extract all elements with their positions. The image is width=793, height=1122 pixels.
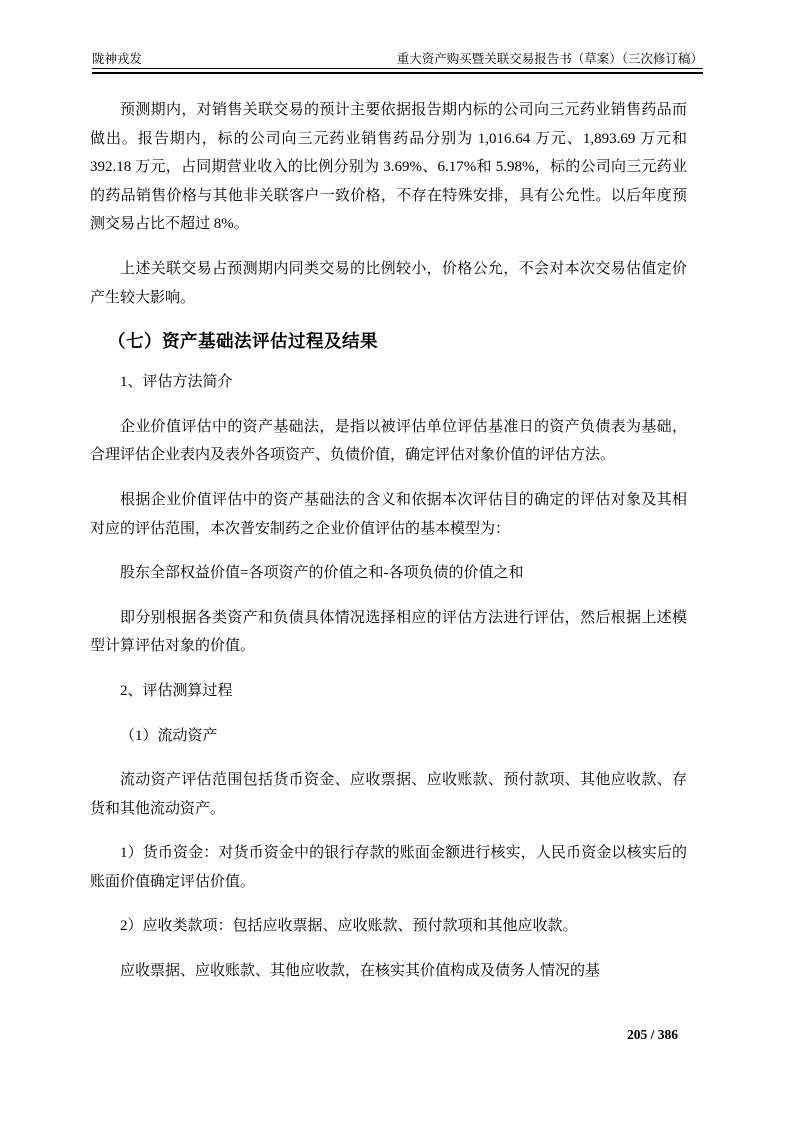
list-item-title: 2、评估测算过程 bbox=[90, 677, 687, 706]
document-page: 陇神戎发 重大资产购买暨关联交易报告书（草案）（三次修订稿） 预测期内，对销售关… bbox=[0, 0, 793, 1122]
paragraph: 企业价值评估中的资产基础法，是指以被评估单位评估基准日的资产负债表为基础，合理评… bbox=[90, 413, 687, 470]
header-divider bbox=[92, 68, 703, 74]
page-header: 陇神戎发 重大资产购买暨关联交易报告书（草案）（三次修订稿） bbox=[92, 51, 703, 67]
paragraph: 上述关联交易占预测期内同类交易的比例较小，价格公允，不会对本次交易估值定价产生较… bbox=[90, 255, 687, 312]
list-item-title: （1）流动资产 bbox=[90, 722, 687, 751]
paragraph: 2）应收类款项：包括应收票据、应收账款、预付款项和其他应收款。 bbox=[90, 912, 687, 941]
list-item-title: 1、评估方法简介 bbox=[90, 368, 687, 397]
paragraph: 根据企业价值评估中的资产基础法的含义和依据本次评估目的确定的评估对象及其相对应的… bbox=[90, 486, 687, 543]
page-number: 205 / 386 bbox=[627, 1026, 678, 1044]
header-document-title: 重大资产购买暨关联交易报告书（草案）（三次修订稿） bbox=[397, 51, 703, 67]
paragraph: 流动资产评估范围包括货币资金、应收票据、应收账款、预付款项、其他应收款、存货和其… bbox=[90, 766, 687, 823]
document-body: 预测期内，对销售关联交易的预计主要依据报告期内标的公司向三元药业销售药品而做出。… bbox=[90, 96, 687, 1002]
header-company-name: 陇神戎发 bbox=[92, 51, 142, 67]
paragraph: 即分别根据各类资产和负债具体情况选择相应的评估方法进行评估，然后根据上述模型计算… bbox=[90, 604, 687, 661]
paragraph: 应收票据、应收账款、其他应收款，在核实其价值构成及债务人情况的基 bbox=[90, 957, 687, 986]
paragraph: 预测期内，对销售关联交易的预计主要依据报告期内标的公司向三元药业销售药品而做出。… bbox=[90, 96, 687, 239]
section-heading: （七）资产基础法评估过程及结果 bbox=[90, 328, 687, 354]
formula-line: 股东全部权益价值=各项资产的价值之和-各项负债的价值之和 bbox=[90, 559, 687, 588]
paragraph: 1）货币资金：对货币资金中的银行存款的账面金额进行核实，人民币资金以核实后的账面… bbox=[90, 839, 687, 896]
